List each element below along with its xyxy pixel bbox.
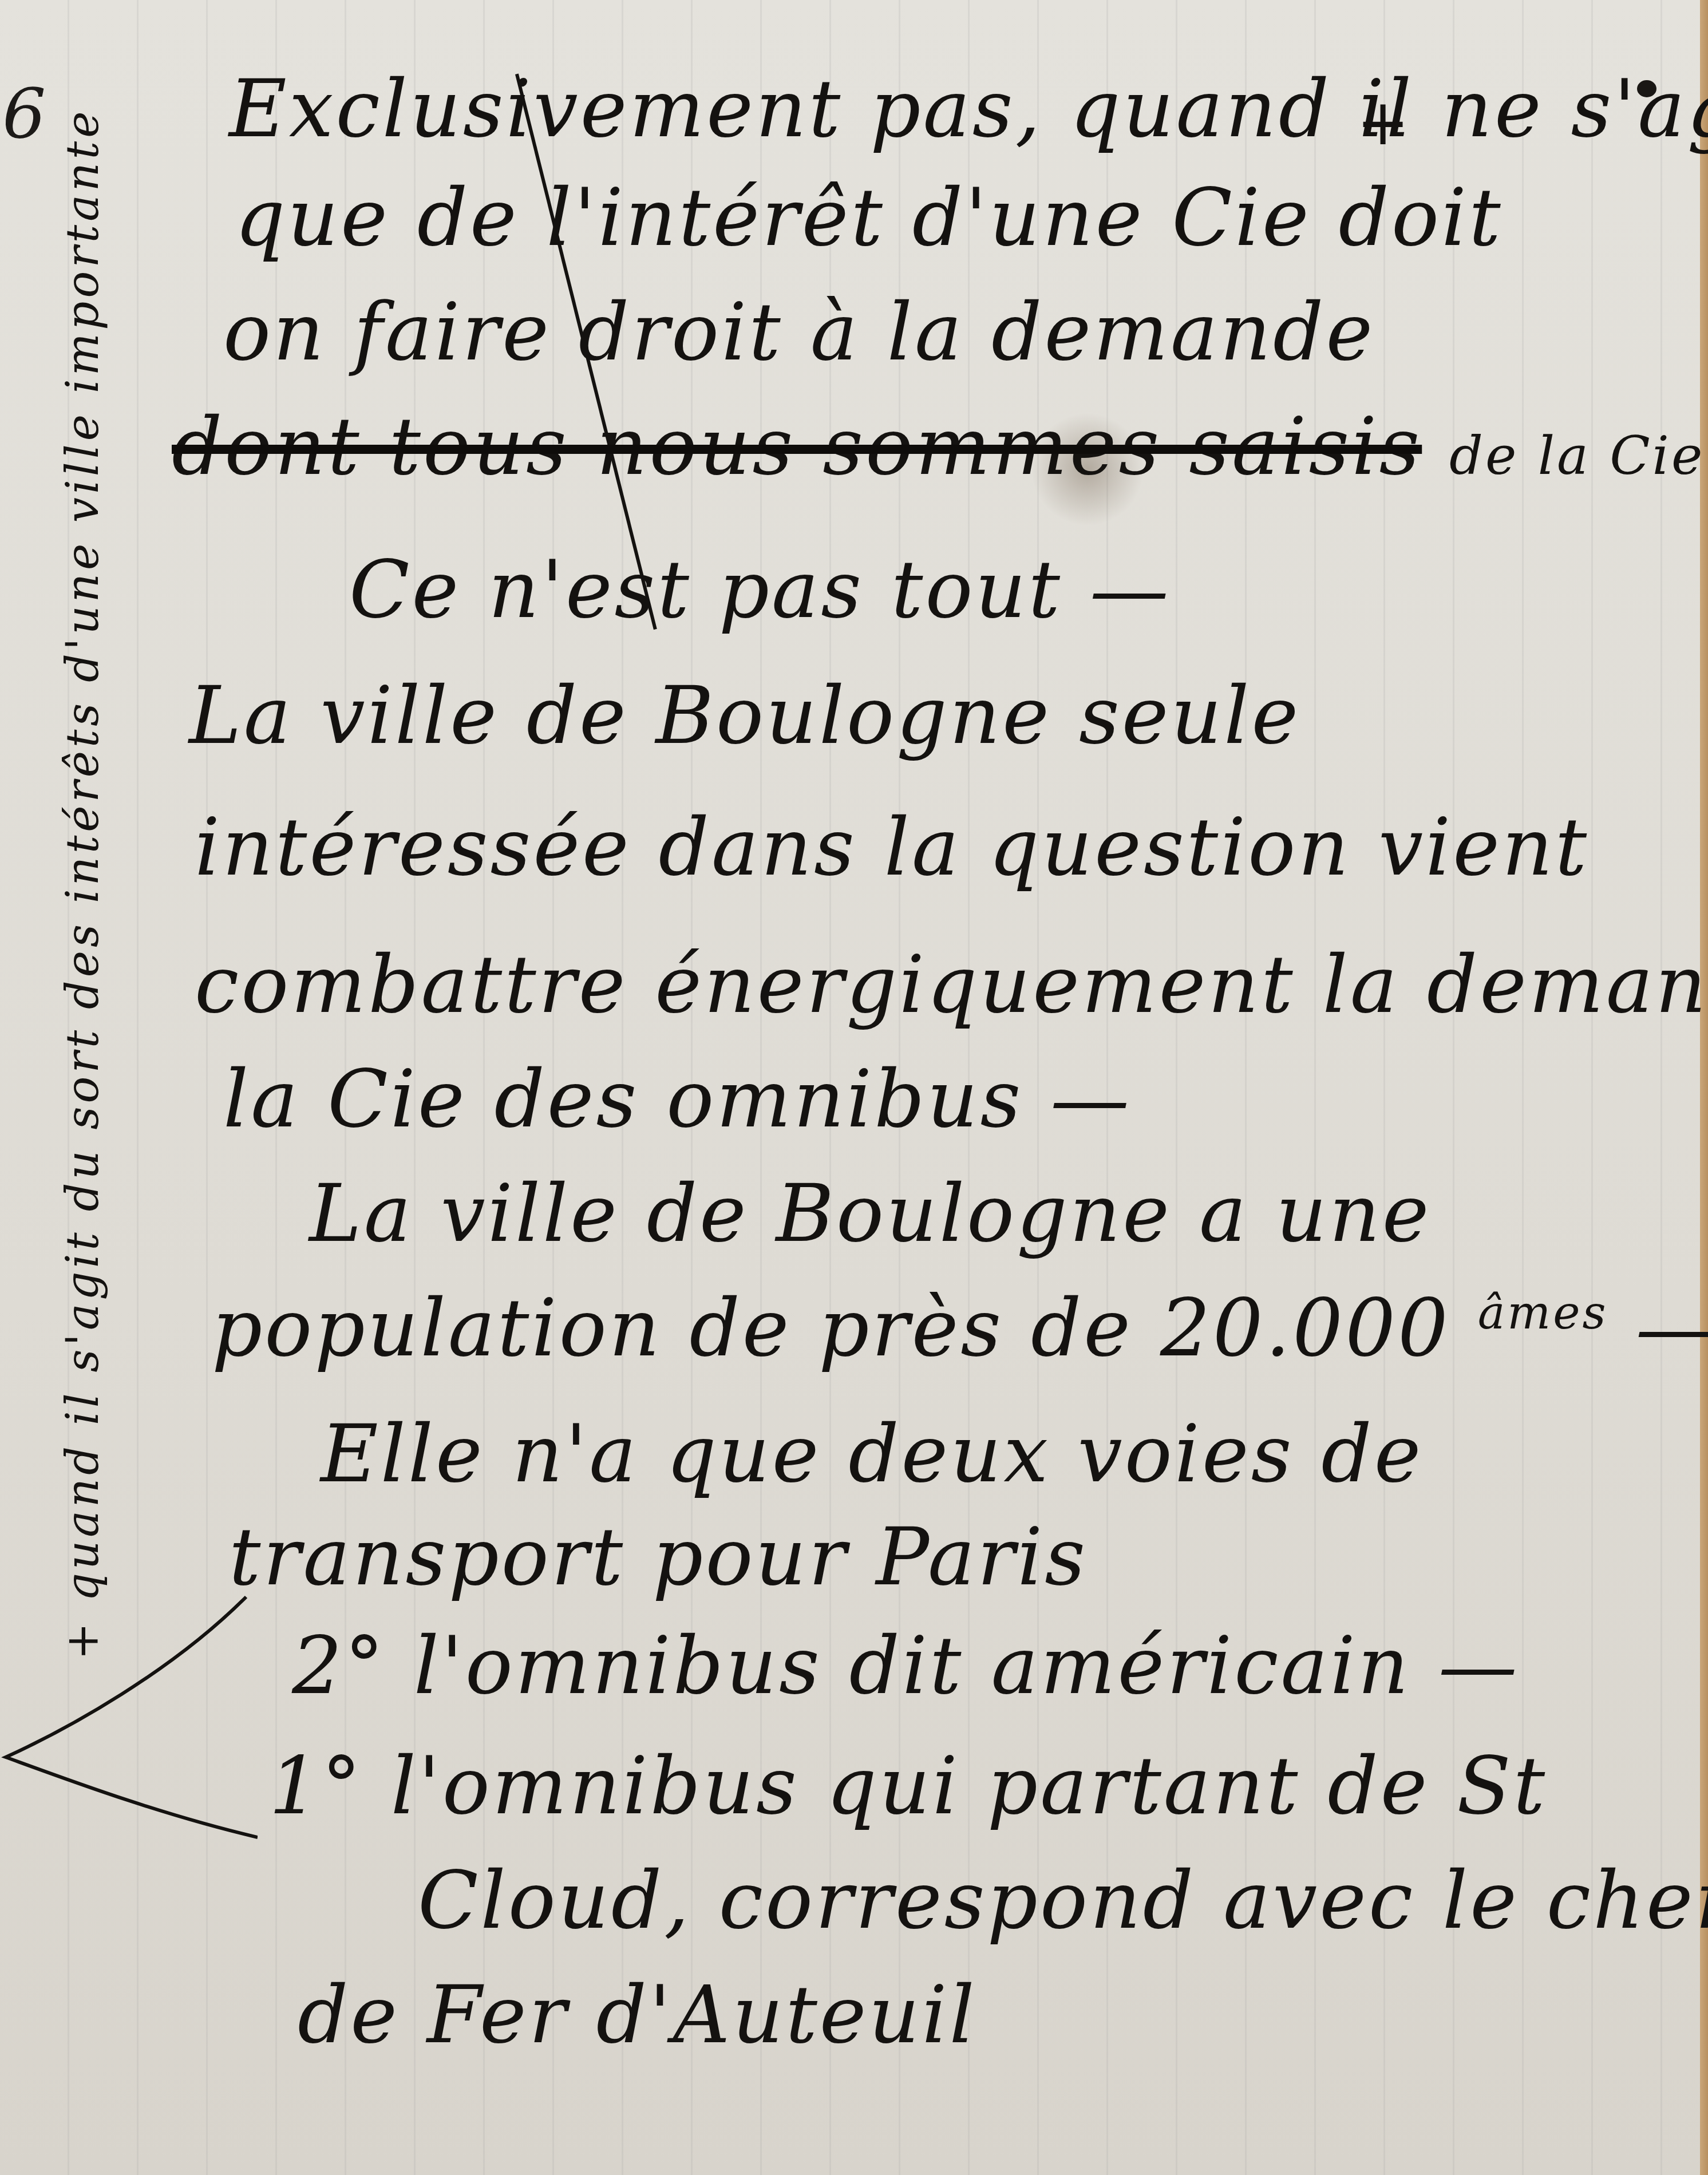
manuscript-line-2: que de l'intérêt d'une Cie doit [235,172,1503,264]
manuscript-line-17: de Fer d'Auteuil [298,1969,977,2061]
manuscript-line-5: Ce n'est pas tout — [349,544,1171,636]
manuscript-line-6: La ville de Boulogne seule [189,670,1300,762]
manuscript-line-4: dont tous nous sommes saisis de la Cie d… [172,401,1708,493]
margin-note: + quand il s'agit du sort des intérêts d… [57,172,109,1660]
paper-edge [1700,0,1708,2175]
manuscript-line-9: la Cie des omnibus — [223,1053,1132,1145]
manuscript-line-14: 2° l'omnibus dit américain — [292,1620,1520,1712]
manuscript-line-15: 1° l'omnibus qui partant de St [269,1740,1547,1832]
manuscript-line-1: Exclusivement pas, quand il ne s'agit [229,63,1708,155]
superscript: âmes [1478,1286,1608,1339]
manuscript-line-8: combattre énergiquement la demande de [195,939,1708,1031]
manuscript-line-11: population de près de 20.000 âmes — [212,1282,1708,1374]
trailing-dash: — [1635,1282,1708,1374]
manuscript-line-10: La ville de Boulogne a une [309,1168,1431,1260]
manuscript-line-7: intéressée dans la question vient [195,801,1589,893]
line-text: de la Cie des omnibus. [1449,425,1708,487]
bracket-stroke [0,1585,258,1843]
struck-text: dont tous nous sommes saisis [172,401,1422,493]
margin-note-text: quand il s'agit du sort des intérêts d'u… [57,108,109,1601]
manuscript-page: 6 + quand il s'agit du sort des intérêts… [0,0,1708,2175]
manuscript-line-16: Cloud, correspond avec le chemin [418,1854,1708,1947]
manuscript-line-12: Elle n'a que deux voies de [321,1408,1423,1500]
page-number: 6 [2,74,46,154]
line-text: population de près de 20.000 [212,1282,1450,1374]
manuscript-line-3: on faire droit à la demande [223,286,1375,378]
manuscript-line-13: transport pour Paris [229,1511,1088,1603]
